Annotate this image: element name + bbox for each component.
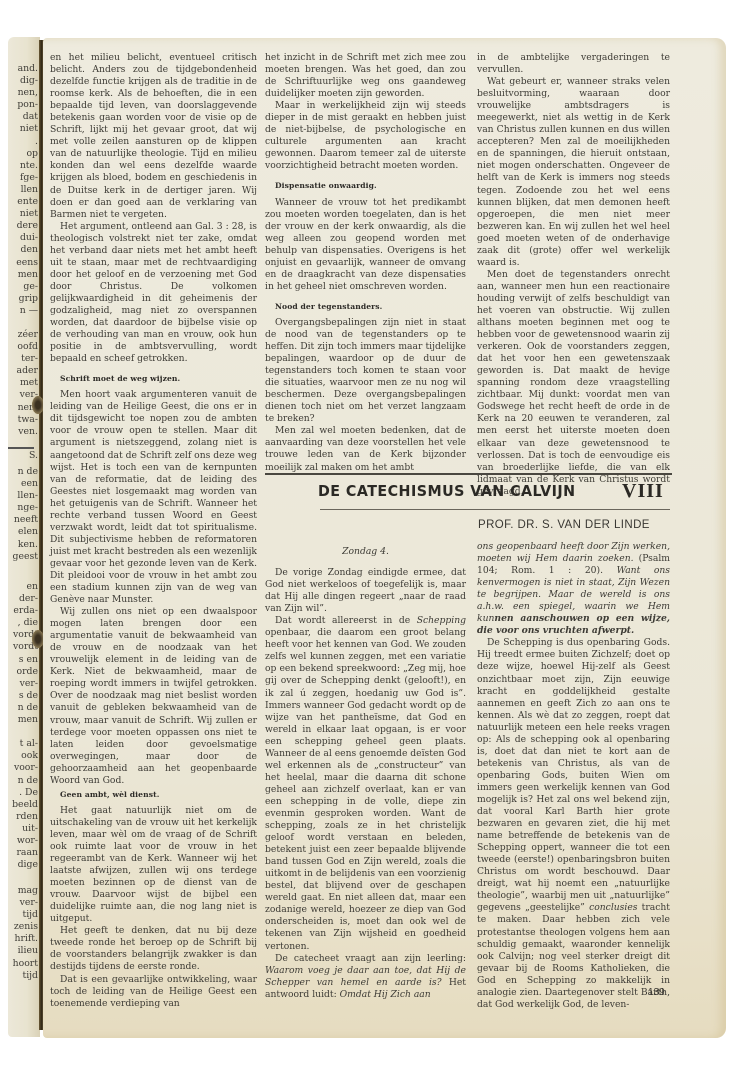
top-article-column-3: in de ambtelijke vergaderingen te vervul… <box>477 52 670 498</box>
left-margin-text-5: mag ver- tijd zenis hrift. ilieu hoort t… <box>13 885 38 982</box>
left-margin-rule <box>8 447 34 449</box>
subheading: Geen ambt, wèl dienst. <box>60 789 257 801</box>
bottom-article-column-1: Zondag 4. De vorige Zondag eindigde erme… <box>265 538 466 1001</box>
text-span: De catecheet vraagt aan zijn leerling: <box>275 953 466 964</box>
paragraph: Het argument, ontleend aan Gal. 3 : 28, … <box>50 221 257 366</box>
paragraph: in de ambtelijke vergaderingen te vervul… <box>477 52 670 76</box>
bottom-article-column-2: ons geopenbaard heeft door Zijn werken, … <box>477 541 670 1011</box>
paragraph: Het gaat natuurlijk niet om de uitschake… <box>50 805 257 925</box>
emphasis-text: conclusies <box>589 902 637 913</box>
paragraph: Dat is een gevaarlijke ontwikkeling, waa… <box>50 974 257 1010</box>
emphasis-text: Omdat Hij Zich aan <box>340 989 431 1000</box>
left-margin-text-4: en der- erda- , die vordt vordt s en ord… <box>12 581 38 871</box>
title-underline <box>320 509 670 510</box>
article-series-number: VIII <box>622 480 664 503</box>
page-number: 139 <box>648 987 665 998</box>
paragraph: het inzicht in de Schrift met zich mee z… <box>265 52 466 100</box>
top-article-column-1: en het milieu belicht, eventueel critisc… <box>50 52 257 1010</box>
paragraph: De Schepping is dus openbaring Gods. Hij… <box>477 637 670 1010</box>
paragraph: ons geopenbaard heeft door Zijn werken, … <box>477 541 670 637</box>
paragraph: Overgangsbepalingen zijn niet in staat d… <box>265 317 466 425</box>
text-span: tracht te maken. Daar hebben zich vele p… <box>477 902 670 1009</box>
paragraph: Dat wordt allereerst in de Schepping ope… <box>265 615 466 952</box>
subheading: Schrift moet de weg wijzen. <box>60 373 257 385</box>
paragraph: Wij zullen ons niet op een dwaalspoor mo… <box>50 606 257 787</box>
paragraph: Men doet de tegenstanders onrecht aan, w… <box>477 269 670 498</box>
article-author: PROF. DR. S. VAN DER LINDE <box>478 519 650 531</box>
subheading: Dispensatie onwaardig. <box>275 180 466 192</box>
paragraph: De catecheet vraagt aan zijn leerling: W… <box>265 953 466 1001</box>
emphasis-text: Waarom voeg je daar aan toe, dat Hij de … <box>265 965 466 988</box>
paragraph: Het geeft te denken, dat nu bij deze twe… <box>50 925 257 973</box>
paragraph: Men hoort vaak argumenteren vanuit de le… <box>50 389 257 606</box>
left-margin-text-3: n de een llen- nge- neeft elen ken. gees… <box>13 466 38 563</box>
paragraph: Maar in werkelijkheid zijn wij steeds di… <box>265 100 466 172</box>
text-span: De Schepping is dus openbaring Gods. Hij… <box>477 637 670 913</box>
bold-emphasis-text: nen aanschouwen op een wijze, die voor o… <box>477 613 670 636</box>
subheading: Nood der tegenstanders. <box>275 301 466 313</box>
paragraph: Men zal wel moeten bedenken, dat de aanv… <box>265 425 466 473</box>
paragraph: Wat gebeurt er, wanneer straks velen bes… <box>477 76 670 269</box>
article-divider <box>265 473 672 475</box>
section-heading: Zondag 4. <box>265 546 466 558</box>
paragraph: Wanneer de vrouw tot het predikambt zou … <box>265 197 466 293</box>
left-page-edge: and. dig- nen, pon- dat niet . op nte. f… <box>8 37 40 1037</box>
left-margin-text-1: and. dig- nen, pon- dat niet . op nte. f… <box>16 63 38 317</box>
text-span: openbaar, die daarom een groot belang he… <box>265 627 466 951</box>
paragraph: De vorige Zondag eindigde ermee, dat God… <box>265 567 466 615</box>
emphasis-text: Schepping <box>417 615 466 626</box>
paragraph: en het milieu belicht, eventueel critisc… <box>50 52 257 221</box>
top-article-column-2: het inzicht in de Schrift met zich mee z… <box>265 52 466 474</box>
text-span: Dat wordt allereerst in de <box>275 615 417 626</box>
article-title: DE CATECHISMUS VAN CALVIJN <box>318 482 576 500</box>
